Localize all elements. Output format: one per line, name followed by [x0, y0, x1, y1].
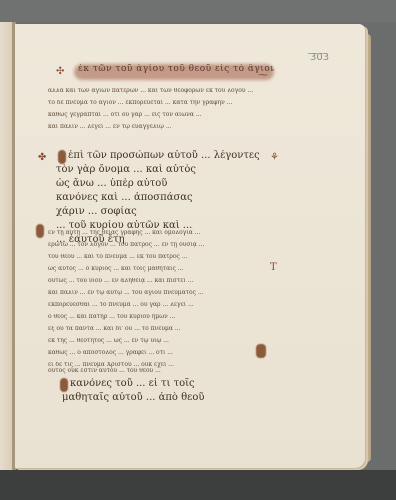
text-line: καθὼς γέγραπται ... ὅτι οὐ γὰρ ... εἰς τ…	[48, 112, 273, 118]
right-ornament-icon: ⁓	[258, 70, 268, 81]
text-line: τὸ δὲ πνεῦμα τὸ ἅγιον ... ἐκπορεύεται ..…	[48, 100, 273, 106]
rubricated-initial	[36, 224, 44, 238]
text-line: κανόνες καὶ ... ἀποσπάσας	[56, 192, 268, 204]
text-line: ὁ θεὸς ... καὶ πατήρ ... τοῦ κυρίου ἡμῶν…	[48, 314, 273, 320]
rubricated-initial	[256, 344, 266, 358]
text-line: ἐρωτῶ ... τὸν λόγον ... τοῦ πατρός ... ἐ…	[48, 242, 273, 248]
text-line: χάριν ... σοφίας	[56, 206, 268, 218]
text-line: ἐπὶ τῶν προσώπων αὐτοῦ ... λέγοντες	[68, 150, 268, 162]
text-line: ἀλλὰ καὶ τῶν ἁγίων πατέρων ... καὶ τῶν θ…	[48, 88, 273, 94]
text-line: ἐν τῇ αὐτῇ ... τῆς θείας γραφῆς ... καὶ …	[48, 230, 273, 236]
rubricated-initial	[60, 378, 68, 392]
text-line: ἐκ τῆς ... θεότητος ... ὡς ... ἐν τῷ υἱῷ…	[48, 338, 273, 344]
background-bottom	[0, 470, 396, 500]
text-line: τὸν γὰρ ὄνομα ... καὶ αὐτὸς	[56, 164, 268, 176]
text-line: καθὼς ... ὁ ἀπόστολος ... γράφει ... ὅτι…	[48, 350, 273, 356]
text-line: ἐκπορεύεσθαι ... τὸ πνεῦμα ... οὐ γὰρ ..…	[48, 302, 273, 308]
text-line: τοῦ θεοῦ ... καὶ τὸ πνεῦμα ... ἐκ τοῦ πα…	[48, 254, 273, 260]
margin-ornament-icon: ⚘	[270, 152, 279, 163]
text-line: μαθηταῖς αὐτοῦ ... ἀπὸ θεοῦ	[62, 392, 252, 404]
left-ornament-icon: ✣	[56, 66, 64, 77]
text-line: ὡς αὐτὸς ... ὁ κύριος ... καὶ τοῖς μαθητ…	[48, 266, 273, 272]
margin-ornament-icon: T	[270, 262, 277, 273]
text-line: οὕτως ... τοῦ υἱοῦ ... ἐν ἀληθείᾳ ... κα…	[48, 278, 273, 284]
margin-ornament-icon: ✤	[38, 152, 46, 163]
rubricated-initial	[58, 150, 66, 164]
text-line: καὶ πάλιν ... λέγει ... ἐν τῷ εὐαγγελίῳ …	[48, 124, 228, 130]
text-line: καὶ πάλιν ... ἐν τῷ αὐτῷ ... τοῦ ἁγίου π…	[48, 290, 273, 296]
folio-number: 303	[310, 52, 329, 63]
headpiece-title: ἐκ τῶν τοῦ ἁγίου τοῦ θεοῦ εἰς τὸ ἅγιον π…	[78, 64, 274, 74]
text-line: ἐξ οὗ τὰ πάντα ... καὶ δι' οὗ ... τὸ πνε…	[48, 326, 273, 332]
text-line: οὗτος οὐκ ἔστιν αὐτοῦ ... τοῦ θεοῦ ...	[48, 368, 258, 374]
background-top	[0, 0, 396, 22]
text-line: κανόνες τοῦ ... εἰ τι τοῖς	[70, 378, 260, 390]
text-line: ὡς ἄνω ... ὑπὲρ αὐτοῦ	[56, 178, 268, 190]
